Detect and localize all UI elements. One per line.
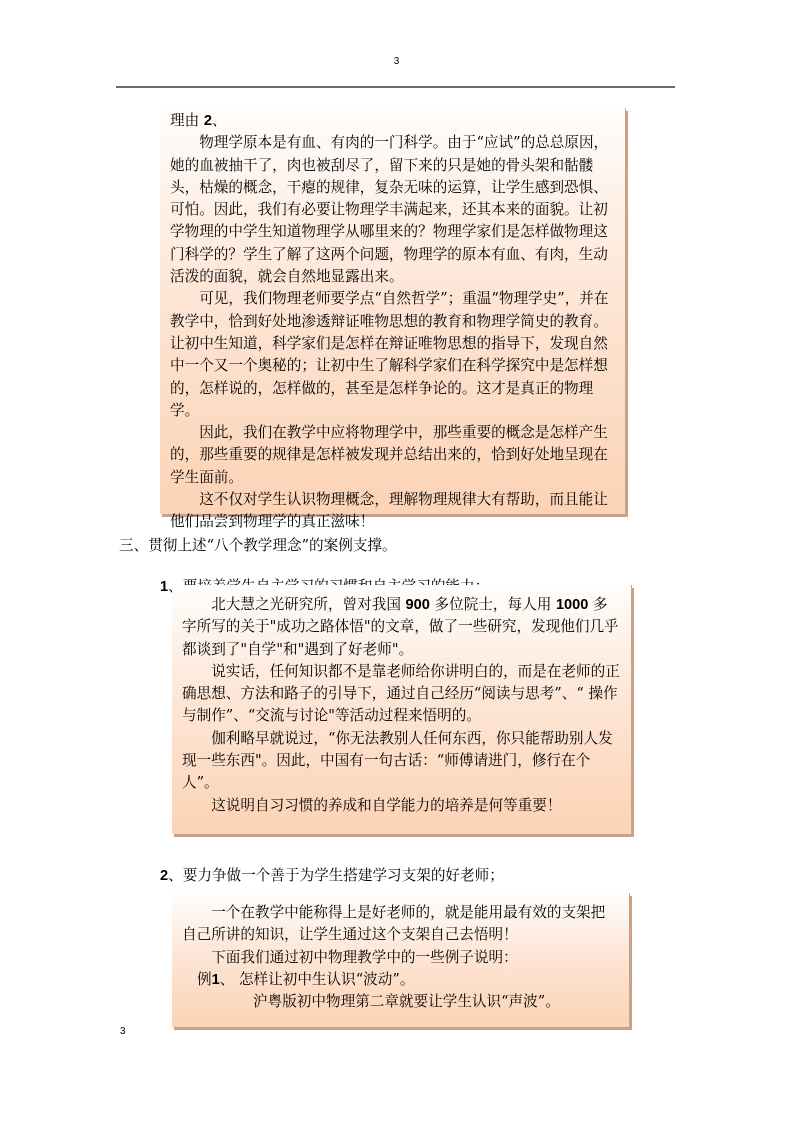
header-page-number: 3 — [0, 56, 793, 67]
paragraph: 这说明自习习惯的养成和自学能力的培养是何等重要！ — [182, 795, 621, 817]
paragraph: 一个在教学中能称得上是好老师的，就是能用最有效的支架把自己所讲的知识，让学生通过… — [182, 902, 619, 947]
paragraph: 说实话，任何知识都不是靠老师给你讲明白的，而是在老师的正确思想、方法和路子的引导… — [182, 661, 621, 728]
section-3-heading: 三、贯彻上述“八个教学理念”的案例支撑。 — [119, 534, 397, 555]
paragraph: 北大慧之光研究所，曾对我国 900 多位院士，每人用 1000 多字所写的关于"… — [182, 594, 621, 661]
paragraph: 可见，我们物理老师要学点“自然哲学”；重温“物理学史”，并在教学中，恰到好处地渗… — [170, 288, 613, 422]
paragraph: 这不仅对学生认识物理概念，理解物理规律大有帮助，而且能让他们品尝到物理学的真正滋… — [170, 489, 613, 534]
subheading-2: 2、要力争做一个善于为学生搭建学习支架的好老师； — [160, 864, 504, 885]
paragraph: 物理学原本是有血、有肉的一门科学。由于“应试”的总总原因，她的血被抽干了，肉也被… — [170, 132, 613, 288]
header-divider — [116, 86, 675, 88]
scaffold-textbox: 一个在教学中能称得上是好老师的，就是能用最有效的支架把自己所讲的知识，让学生通过… — [172, 893, 630, 1027]
example-1-detail: 沪粤版初中物理第二章就要让学生认识“声波”。 — [182, 991, 619, 1013]
self-study-textbox: 北大慧之光研究所，曾对我国 900 多位院士，每人用 1000 多字所写的关于"… — [172, 585, 632, 834]
paragraph: 伽利略早就说过，“你无法教别人任何东西，你只能帮助别人发现一些东西"。因此，中国… — [182, 728, 621, 795]
reason-2-textbox: 理由 2、 物理学原本是有血、有肉的一门科学。由于“应试”的总总原因，她的血被抽… — [160, 108, 626, 514]
footer-page-number: 3 — [120, 1026, 126, 1037]
example-1-line: 例1、 怎样让初中生认识“波动”。 — [182, 969, 619, 991]
paragraph: 因此，我们在教学中应将物理学中，那些重要的概念是怎样产生的，那些重要的规律是怎样… — [170, 422, 613, 489]
paragraph: 下面我们通过初中物理教学中的一些例子说明： — [182, 947, 619, 969]
reason-2-title: 理由 2、 — [170, 110, 613, 132]
